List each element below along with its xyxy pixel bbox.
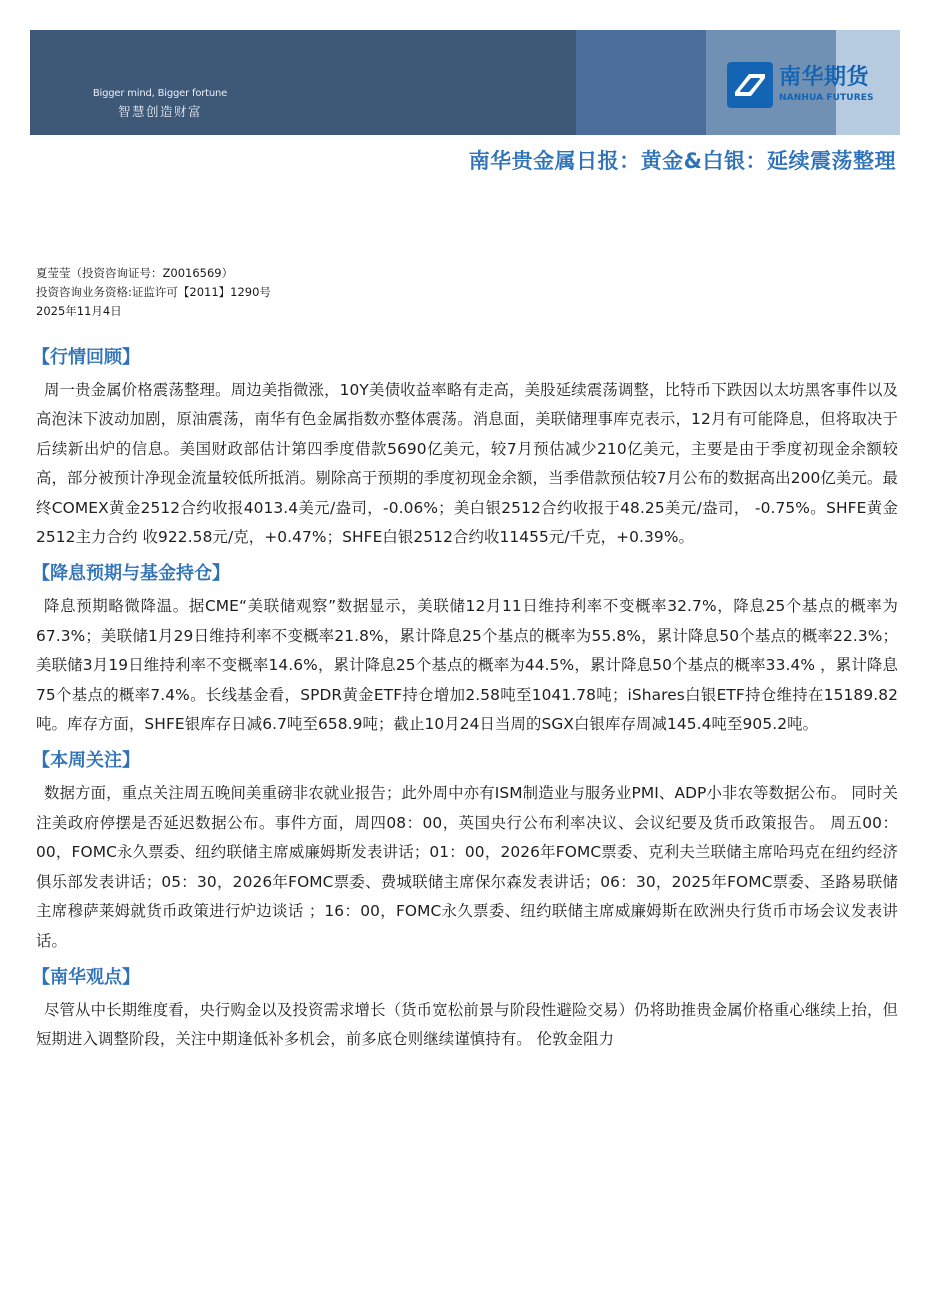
banner-band-medium — [576, 30, 706, 135]
section-heading: 【降息预期与基金持仓】 — [32, 556, 898, 592]
report-content: 【行情回顾】 周一贵金属价格震荡整理。周边美指微涨，10Y美债收益率略有走高，美… — [36, 340, 898, 1059]
qualification-line: 投资咨询业务资格:证监许可【2011】1290号 — [36, 283, 271, 302]
header-banner: Bigger mind, Bigger fortune 智慧创造财富 南华期货 … — [30, 30, 900, 135]
section-heading: 【南华观点】 — [32, 960, 898, 996]
slogan-english: Bigger mind, Bigger fortune — [90, 88, 230, 100]
report-meta: 夏莹莹（投资咨询证号：Z0016569） 投资咨询业务资格:证监许可【2011】… — [36, 264, 271, 321]
section-rate-expectations: 【降息预期与基金持仓】 降息预期略微降温。据CME“美联储观察”数据显示，美联储… — [36, 556, 898, 739]
section-weekly-focus: 【本周关注】 数据方面，重点关注周五晚间美重磅非农就业报告；此外周中亦有ISM制… — [36, 743, 898, 955]
logo-chinese-name: 南华期货 — [779, 66, 874, 90]
section-market-review: 【行情回顾】 周一贵金属价格震荡整理。周边美指微涨，10Y美债收益率略有走高，美… — [36, 340, 898, 552]
section-body: 周一贵金属价格震荡整理。周边美指微涨，10Y美债收益率略有走高，美股延续震荡调整… — [36, 376, 898, 552]
nanhua-logo-icon — [727, 62, 773, 108]
logo-english-name: NANHUA FUTURES — [779, 93, 874, 104]
company-logo: 南华期货 NANHUA FUTURES — [727, 62, 874, 108]
report-date: 2025年11月4日 — [36, 302, 271, 321]
section-heading: 【行情回顾】 — [32, 340, 898, 376]
section-heading: 【本周关注】 — [32, 743, 898, 779]
section-body: 数据方面，重点关注周五晚间美重磅非农就业报告；此外周中亦有ISM制造业与服务业P… — [36, 779, 898, 955]
slogan-chinese: 智慧创造财富 — [90, 104, 230, 120]
report-title: 南华贵金属日报：黄金&白银：延续震荡整理 — [469, 145, 896, 175]
slogan: Bigger mind, Bigger fortune 智慧创造财富 — [90, 88, 230, 120]
section-body: 降息预期略微降温。据CME“美联储观察”数据显示，美联储12月11日维持利率不变… — [36, 592, 898, 739]
author-line: 夏莹莹（投资咨询证号：Z0016569） — [36, 264, 271, 283]
section-body: 尽管从中长期维度看，央行购金以及投资需求增长（货币宽松前景与阶段性避险交易）仍将… — [36, 996, 898, 1055]
section-nanhua-view: 【南华观点】 尽管从中长期维度看，央行购金以及投资需求增长（货币宽松前景与阶段性… — [36, 960, 898, 1055]
